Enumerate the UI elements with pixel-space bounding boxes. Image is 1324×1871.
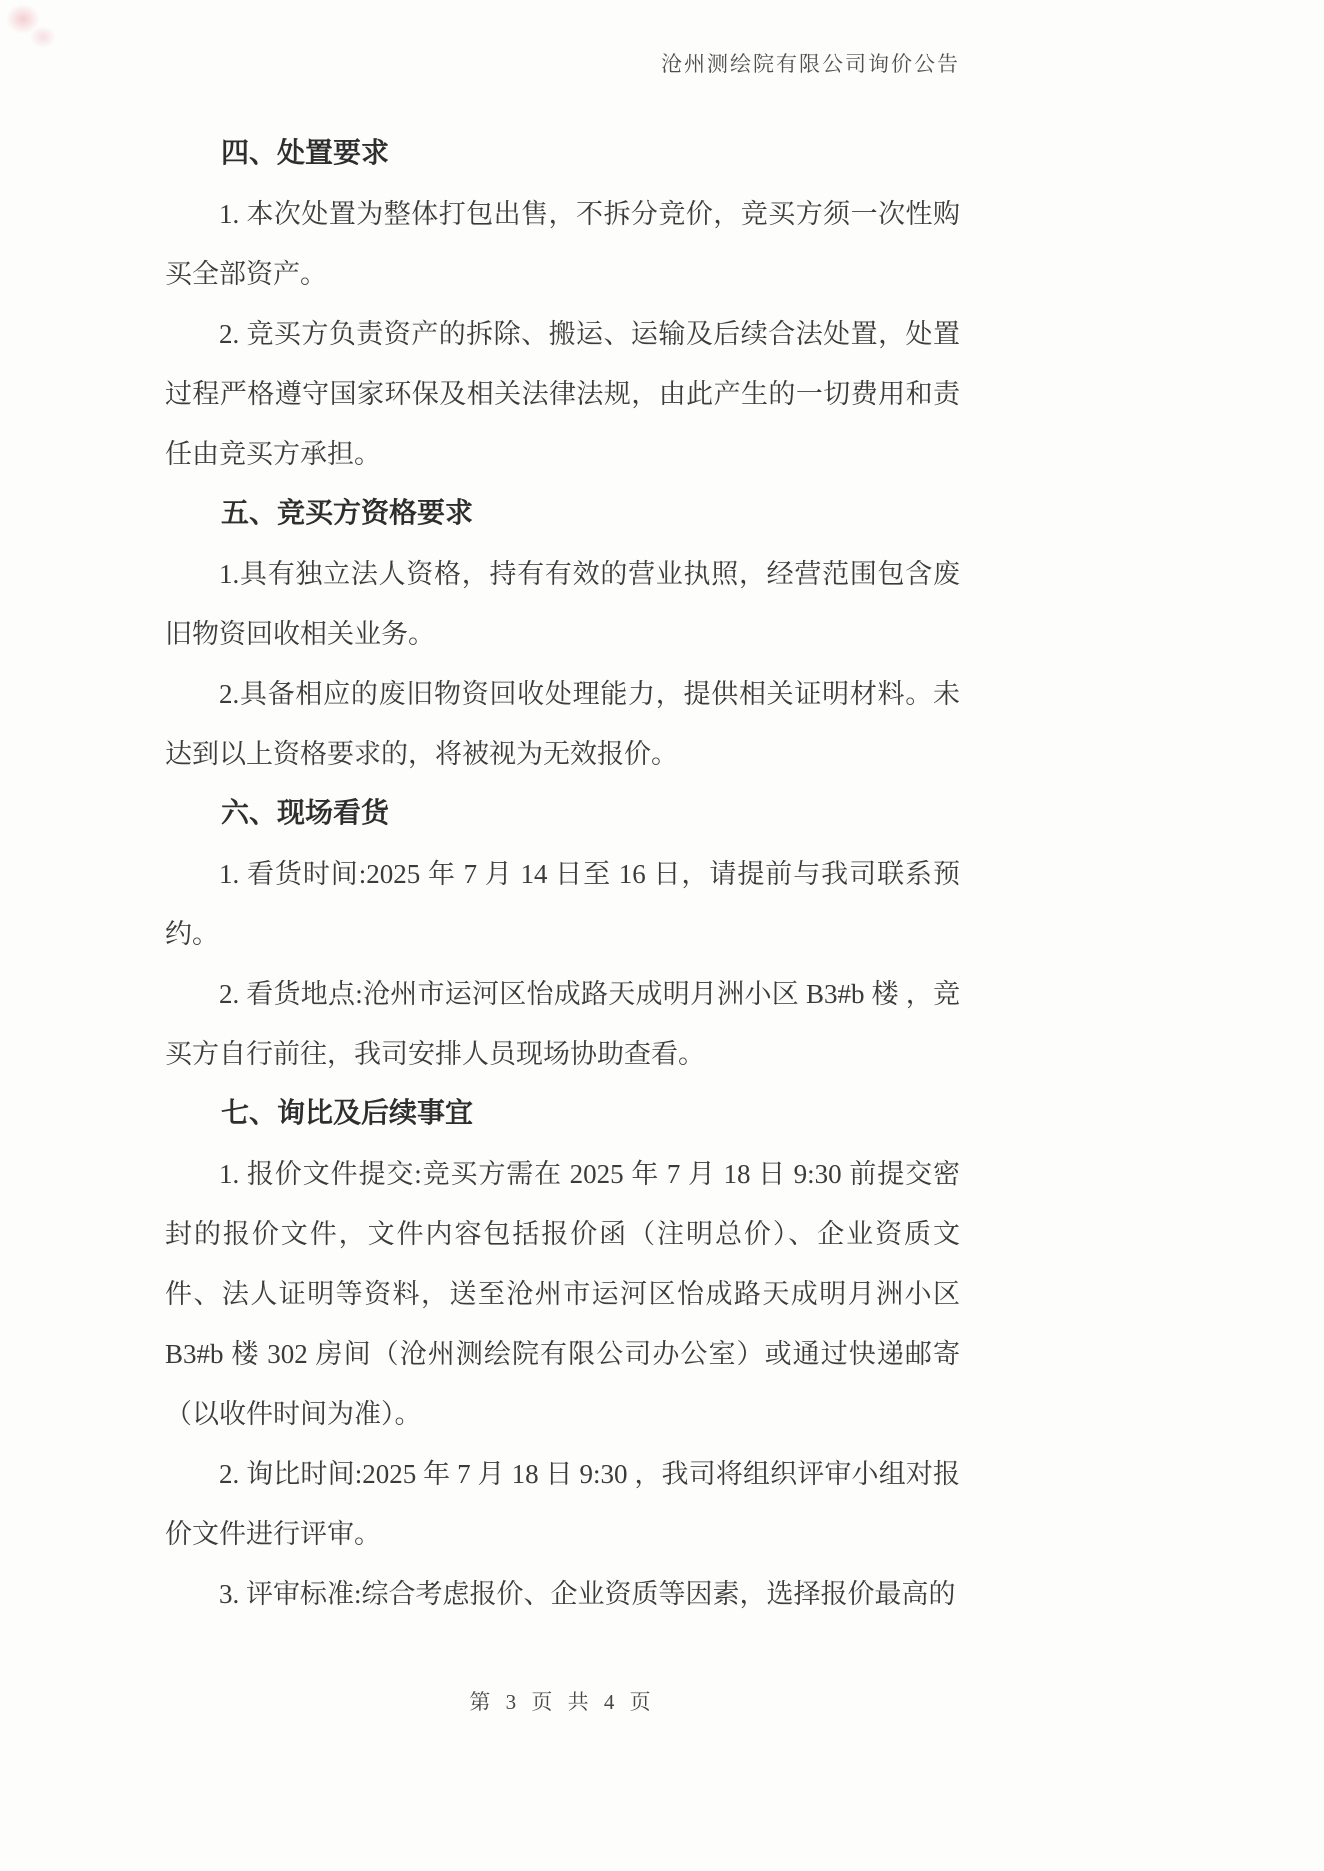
paragraph: 1. 本次处置为整体打包出售，不拆分竞价，竞买方须一次性购买全部资产。 bbox=[165, 184, 960, 304]
section-heading-disposal-requirements: 四、处置要求 bbox=[165, 124, 960, 184]
scan-artifact bbox=[30, 26, 56, 48]
paragraph: 2. 竞买方负责资产的拆除、搬运、运输及后续合法处置，处置过程严格遵守国家环保及… bbox=[165, 304, 960, 484]
paragraph: 2. 询比时间:2025 年 7 月 18 日 9:30 ，我司将组织评审小组对… bbox=[165, 1444, 960, 1564]
paragraph: 1. 看货时间:2025 年 7 月 14 日至 16 日，请提前与我司联系预约… bbox=[165, 844, 960, 964]
page-header: 沧州测绘院有限公司询价公告 bbox=[165, 48, 960, 78]
paragraph: 1.具有独立法人资格，持有有效的营业执照，经营范围包含废旧物资回收相关业务。 bbox=[165, 544, 960, 664]
page-number: 第 3 页 共 4 页 bbox=[469, 1690, 655, 1714]
page-footer: 第 3 页 共 4 页 bbox=[165, 1686, 960, 1716]
paragraph: 2. 看货地点:沧州市运河区怡成路天成明月洲小区 B3#b 楼 ，竞买方自行前往… bbox=[165, 964, 960, 1084]
document-page: 沧州测绘院有限公司询价公告 四、处置要求 1. 本次处置为整体打包出售，不拆分竞… bbox=[0, 0, 1324, 1871]
paragraph: 2.具备相应的废旧物资回收处理能力，提供相关证明材料。未达到以上资格要求的，将被… bbox=[165, 664, 960, 784]
header-title: 沧州测绘院有限公司询价公告 bbox=[661, 52, 960, 76]
paragraph: 3. 评审标准:综合考虑报价、企业资质等因素，选择报价最高的 bbox=[165, 1564, 960, 1624]
section-heading-bidder-qualifications: 五、竞买方资格要求 bbox=[165, 484, 960, 544]
section-heading-inquiry-followup: 七、询比及后续事宜 bbox=[165, 1084, 960, 1144]
document-body: 四、处置要求 1. 本次处置为整体打包出售，不拆分竞价，竞买方须一次性购买全部资… bbox=[165, 124, 960, 1624]
section-heading-onsite-inspection: 六、现场看货 bbox=[165, 784, 960, 844]
paragraph: 1. 报价文件提交:竞买方需在 2025 年 7 月 18 日 9:30 前提交… bbox=[165, 1144, 960, 1444]
